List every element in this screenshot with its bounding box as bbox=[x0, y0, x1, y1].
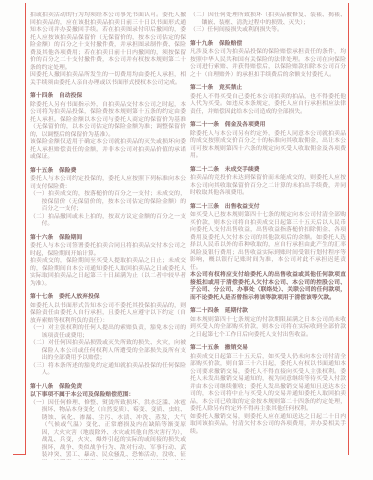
article-heading: 第十六条 保险期间 bbox=[30, 235, 186, 243]
document-page: { "page": { "colors": { "background": "#… bbox=[0, 0, 373, 480]
article-heading: 第十八条 保险免责 bbox=[30, 384, 186, 392]
article-heading: 第二十条 竞买禁止 bbox=[190, 85, 346, 93]
list-item: （三）将本条所述的豁免约定通知就拍卖品投保的任何保险人。 bbox=[30, 363, 186, 378]
proof-rule-left bbox=[25, 3, 26, 455]
paragraph: 本公司有权将应支付给委托人的出售收益或其他任何款项直接抵扣或用于清偿委托人欠付本… bbox=[190, 272, 346, 302]
paragraph: 委托人与本公司签署委托拍卖合同且将拍卖品交付本公司之时起，保险期间开始计算。 bbox=[30, 243, 186, 258]
paragraph: 如委托人以书面形式告知本公司不委托其投保拍卖品的，则保险责任由委托人自行承担，且… bbox=[30, 303, 186, 326]
list-item: （二）拍品撤回或未上拍的，按双方议定金额的百分之一支付。 bbox=[30, 214, 186, 229]
paragraph: 凡涉及本公司为拍卖品投保的保险赔偿承担责任的条件，均按照中华人民共和国有关保险的… bbox=[190, 49, 346, 79]
article-heading: 第十五条 保险费 bbox=[30, 168, 186, 176]
article-heading: 第二十四条 延期付款 bbox=[190, 308, 346, 316]
paragraph: 以下事项不属于本公司及保险赔偿范围： bbox=[30, 392, 186, 400]
paragraph: 该保险金额仅适用于确定本公司就拍卖品的灭失或损坏向委托人承担赔偿责任的金额，并非… bbox=[30, 139, 186, 162]
paragraph: 如买受人已按本规则第四十七条的规定向本公司付清全部购买价款，则本公司将自拍卖成交… bbox=[190, 212, 346, 272]
list-item: （一）拍卖成交的，按落槌价的百分之一支付；未成交的，按保留价（无保留价的，按本公… bbox=[30, 191, 186, 214]
paragraph: 拍卖成交的，保险期间至买受人提取拍卖品之日止；未成交的，保险期间自本公司通知委托… bbox=[30, 258, 186, 288]
list-item: （二）对任何因拍卖品损毁或灭失所致的损失、火灾，向被保险人本公司或任何权利人所遭… bbox=[30, 340, 186, 363]
paragraph: 因委托人撤回拍卖品所发生的一切费用均由委托人承担，相关手续须由委托人亲自办理或以… bbox=[30, 72, 186, 87]
list-item: （二）因任何处理所致损坏（拍卖品被修复、装裱、揭裱、镶嵌、装框、清洗过程中的损毁… bbox=[190, 12, 346, 27]
paragraph: 除委托人与本公司另有约定外，委托人同意本公司就拍卖品的成交按照成交价百分之十的标… bbox=[190, 131, 346, 161]
list-item: （一）因任何修理、修整、熨烫所致损坏，洪水泛滥、冰雹损坏、物品本身变化（自然变质… bbox=[30, 400, 186, 461]
article-heading: 第十九条 保险赔偿 bbox=[190, 41, 346, 49]
article-heading: 第二十五条 撤销交易 bbox=[190, 345, 346, 353]
list-item: （三）任何间接损失或利润损失等。 bbox=[190, 27, 346, 35]
list-item: （一）对主张权利的任何人提出的索赔负责，豁免本公司的该项责任或费用； bbox=[30, 325, 186, 340]
article-heading: 第十七条 委托人放弃投保 bbox=[30, 294, 186, 302]
proof-rule-right bbox=[348, 3, 349, 455]
text-column-left: 拍或拍卖活动的行为均须经本公司事先书面认可。委托人撤回拍卖品的，应在该批拍卖品拍… bbox=[30, 12, 186, 460]
paragraph: 如委托人撤销交易，则委托人应在通知送达之日起二十日内取回该拍卖品，付清欠付本公司… bbox=[190, 414, 346, 437]
paragraph: 拍卖品的竞投价未达到保留价而未能成交的，则委托人应按本公司向其收取保留价百分之二… bbox=[190, 175, 346, 198]
crop-mark-bottom-left bbox=[13, 454, 25, 455]
paragraph: 拍卖成交日起第三十五天后，如买受人仍未向本公司付清全部购买价款，则自第三十六日起… bbox=[190, 354, 346, 414]
paragraph: 委托人不得买受自己委托本公司拍卖的拍品，也不得委托他人代为买受。如违反本条规定，… bbox=[190, 94, 346, 117]
paragraph: 如本规则第四十七条规定的付款期限届满之日本公司尚未收到买受人的全部购买价款，则本… bbox=[190, 317, 346, 340]
article-heading: 第二十三条 出售收益支付 bbox=[190, 204, 346, 212]
paragraph: 拍或拍卖活动的行为均须经本公司事先书面认可。委托人撤回拍卖品的，应在该批拍卖品拍… bbox=[30, 12, 186, 72]
paragraph: 委托人与本公司约定投保的，委托人应按照下列标准向本公司支付保险费： bbox=[30, 176, 186, 191]
text-column-right: （二）因任何处理所致损坏（拍卖品被修复、装裱、揭裱、镶嵌、装框、清洗过程中的损毁… bbox=[190, 12, 346, 460]
paragraph: 除委托人另有书面指示外，自拍卖品交付本公司之时起，本公司将为拍卖品投保，保险费按… bbox=[30, 102, 186, 140]
article-heading: 第二十一条 佣金及各项费用 bbox=[190, 122, 346, 130]
article-heading: 第十四条 自动投保 bbox=[30, 93, 186, 101]
article-heading: 第二十二条 未成交手续费 bbox=[190, 167, 346, 175]
